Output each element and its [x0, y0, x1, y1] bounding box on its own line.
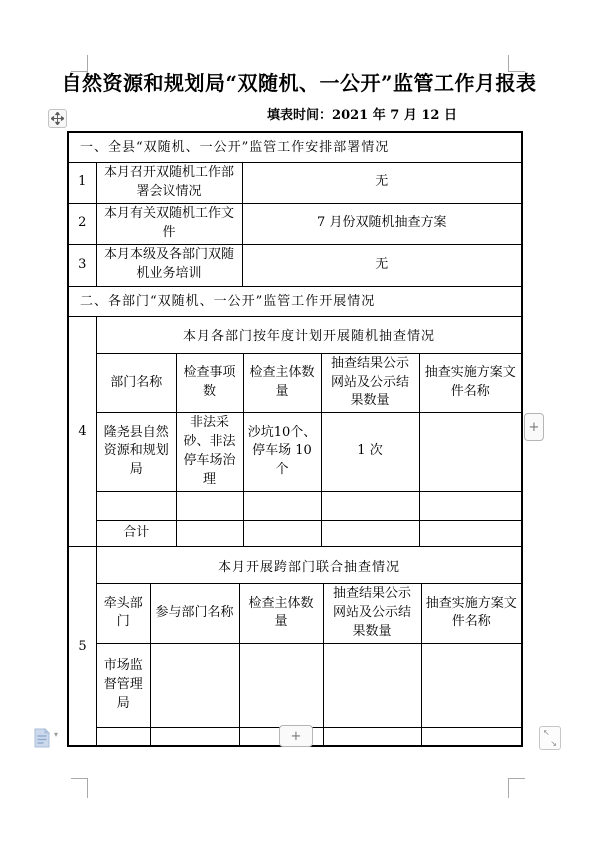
column-header[interactable]: 抽查实施方案文件名称 [421, 584, 521, 643]
table-cell[interactable] [419, 413, 521, 491]
fill-date-line[interactable]: 填表时间：2021 年 7 月 12 日 [0, 104, 457, 123]
item5-table: 牵头部门 参与部门名称 检查主体数量 抽查结果公示网站及公示结果数量 抽查实施方… [97, 584, 521, 745]
table-cell[interactable] [239, 643, 323, 727]
row-number-cell[interactable]: 4 [69, 317, 97, 546]
table-row: 隆尧县自然资源和规划局 非法采砂、非法停车场治理 沙坑10个、停车场 10 个 … [97, 413, 521, 491]
column-header[interactable]: 部门名称 [97, 354, 176, 413]
row-value-cell[interactable]: 7 月份双随机抽查方案 [242, 203, 521, 244]
table-cell[interactable] [243, 520, 321, 546]
move-icon [51, 112, 64, 125]
item4-table: 部门名称 检查事项数 检查主体数量 抽查结果公示网站及公示结果数量 抽查实施方案… [97, 354, 521, 546]
table-cell[interactable] [421, 643, 521, 727]
table-cell[interactable] [421, 727, 521, 745]
table-resize-handle[interactable]: ↖ ↘ [539, 726, 561, 750]
table-cell[interactable] [150, 643, 239, 727]
document-page: 自然资源和规划局“双随机、一公开”监管工作月报表 填表时间：2021 年 7 月… [0, 0, 598, 852]
table-cell[interactable] [321, 520, 419, 546]
add-row-button[interactable]: + [279, 725, 313, 747]
report-table: 一、全县“双随机、一公开”监管工作安排部署情况 1 本月召开双随机工作部署会议情… [67, 131, 523, 747]
table-row: 1 本月召开双随机工作部署会议情况 无 [69, 163, 521, 203]
table-row: 市场监督管理局 [97, 643, 521, 727]
table-move-handle[interactable] [48, 109, 67, 128]
dropdown-caret-icon[interactable]: ▾ [54, 730, 58, 739]
row-label-cell[interactable]: 本月有关双随机工作文件 [96, 203, 242, 244]
item5-block: 5 本月开展跨部门联合抽查情况 牵头部门 参与部门名称 检查主体数量 抽查结果公… [69, 547, 521, 745]
table-cell[interactable] [419, 491, 521, 520]
table-row: 3 本月本级及各部门双随机业务培训 无 [69, 244, 521, 286]
row-value-cell[interactable]: 无 [242, 244, 521, 286]
table-cell[interactable] [419, 520, 521, 546]
row-number-cell[interactable]: 2 [69, 203, 96, 244]
table-cell[interactable]: 1 次 [321, 413, 419, 491]
row-label-cell[interactable]: 本月召开双随机工作部署会议情况 [96, 163, 242, 203]
resize-se-icon: ↘ [550, 739, 557, 748]
item4-subheader[interactable]: 本月各部门按年度计划开展随机抽查情况 [97, 317, 521, 354]
table-cell[interactable]: 沙坑10个、停车场 10 个 [243, 413, 321, 491]
column-header[interactable]: 检查主体数量 [239, 584, 323, 643]
table-cell[interactable] [97, 727, 150, 745]
row-value-cell[interactable]: 无 [242, 163, 521, 203]
add-column-button[interactable]: + [524, 413, 544, 441]
row-number-cell[interactable]: 5 [69, 547, 97, 745]
table-cell[interactable] [176, 491, 243, 520]
row-number-cell[interactable]: 1 [69, 163, 96, 203]
table-cell[interactable] [97, 491, 176, 520]
margin-crop-mark-bottom-left [71, 778, 88, 798]
table-header-row: 牵头部门 参与部门名称 检查主体数量 抽查结果公示网站及公示结果数量 抽查实施方… [97, 584, 521, 643]
column-header[interactable]: 抽查实施方案文件名称 [419, 354, 521, 413]
table-cell[interactable]: 隆尧县自然资源和规划局 [97, 413, 176, 491]
row-label-cell[interactable]: 本月本级及各部门双随机业务培训 [96, 244, 242, 286]
column-header[interactable]: 牵头部门 [97, 584, 150, 643]
table-cell[interactable]: 合计 [97, 520, 176, 546]
table-cell[interactable]: 市场监督管理局 [97, 643, 150, 727]
table-cell[interactable] [243, 491, 321, 520]
table-cell[interactable] [321, 491, 419, 520]
table-cell[interactable]: 非法采砂、非法停车场治理 [176, 413, 243, 491]
margin-crop-mark-bottom-right [508, 778, 525, 798]
column-header[interactable]: 参与部门名称 [150, 584, 239, 643]
resize-nw-icon: ↖ [543, 728, 550, 737]
page-title[interactable]: 自然资源和规划局“双随机、一公开”监管工作月报表 [0, 67, 598, 96]
paste-options-icon[interactable] [33, 727, 51, 749]
table-cell[interactable] [150, 727, 239, 745]
table-header-row: 部门名称 检查事项数 检查主体数量 抽查结果公示网站及公示结果数量 抽查实施方案… [97, 354, 521, 413]
column-header[interactable]: 抽查结果公示网站及公示结果数量 [321, 354, 419, 413]
table-cell[interactable] [323, 643, 421, 727]
section1-table: 1 本月召开双随机工作部署会议情况 无 2 本月有关双随机工作文件 7 月份双随… [69, 163, 521, 287]
column-header[interactable]: 检查事项数 [176, 354, 243, 413]
section2-header[interactable]: 二、各部门“双随机、一公开”监管工作开展情况 [69, 287, 521, 317]
table-row [97, 491, 521, 520]
column-header[interactable]: 抽查结果公示网站及公示结果数量 [323, 584, 421, 643]
column-header[interactable]: 检查主体数量 [243, 354, 321, 413]
table-cell[interactable] [176, 520, 243, 546]
item5-subheader[interactable]: 本月开展跨部门联合抽查情况 [97, 547, 521, 584]
section1-header[interactable]: 一、全县“双随机、一公开”监管工作安排部署情况 [69, 133, 521, 163]
table-row: 2 本月有关双随机工作文件 7 月份双随机抽查方案 [69, 203, 521, 244]
table-cell[interactable] [323, 727, 421, 745]
item4-block: 4 本月各部门按年度计划开展随机抽查情况 部门名称 检查事项数 检查主体数量 抽… [69, 317, 521, 547]
row-number-cell[interactable]: 3 [69, 244, 96, 286]
table-row: 合计 [97, 520, 521, 546]
